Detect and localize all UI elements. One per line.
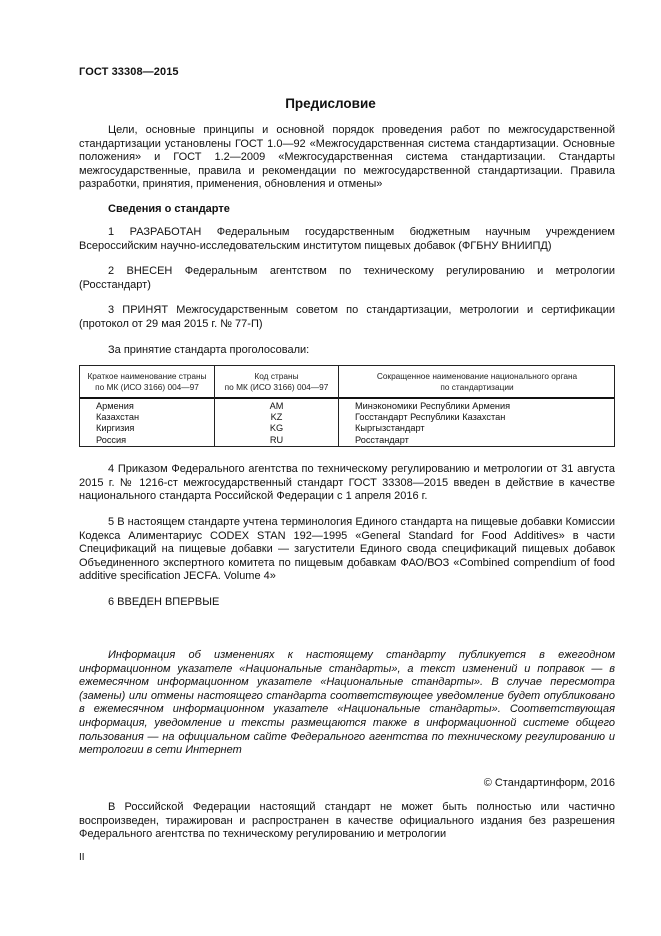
item-1: 1 РАЗРАБОТАН Федеральным государственным… <box>79 226 615 253</box>
table-cell: Росстандарт <box>355 435 510 446</box>
table-cell: KG <box>215 423 338 434</box>
header-code: Код страны по МК (ИСО 3166) 004—97 <box>215 371 338 393</box>
item-6: 6 ВВЕДЕН ВПЕРВЫЕ <box>79 596 615 610</box>
table-body: Армения Казахстан Киргизия Россия AM KZ … <box>80 399 614 446</box>
reproduction-notice: В Российской Федерации настоящий стандар… <box>79 801 615 842</box>
table-cell: AM <box>215 401 338 412</box>
document-code: ГОСТ 33308—2015 <box>79 66 179 78</box>
table-cell: Казахстан <box>96 412 139 423</box>
table-header: Краткое наименование страны по МК (ИСО 3… <box>80 366 614 399</box>
voted-label: За принятие стандарта проголосовали: <box>79 344 615 358</box>
page-title: Предисловие <box>0 96 661 111</box>
item-2: 2 ВНЕСЕН Федеральным агентством по техни… <box>79 265 615 292</box>
table-cell: RU <box>215 435 338 446</box>
item-4: 4 Приказом Федерального агентства по тех… <box>79 463 615 504</box>
table-cell: Армения <box>96 401 139 412</box>
voting-table: Краткое наименование страны по МК (ИСО 3… <box>79 365 615 447</box>
code-column: AM KZ KG RU <box>215 401 338 446</box>
page-number: II <box>79 852 85 863</box>
table-cell: Россия <box>96 435 139 446</box>
document-page: ГОСТ 33308—2015 Предисловие Цели, основн… <box>0 0 661 936</box>
country-column: Армения Казахстан Киргизия Россия <box>96 401 139 446</box>
section-heading: Сведения о стандарте <box>79 203 615 217</box>
header-body: Сокращенное наименование национального о… <box>339 371 615 393</box>
item-3: 3 ПРИНЯТ Межгосударственным советом по с… <box>79 304 615 331</box>
body-column: Минэкономики Республики Армения Госстанд… <box>355 401 510 446</box>
table-cell: Госстандарт Республики Казахстан <box>355 412 510 423</box>
table-cell: Киргизия <box>96 423 139 434</box>
table-cell: Минэкономики Республики Армения <box>355 401 510 412</box>
item-5: 5 В настоящем стандарте учтена терминоло… <box>79 516 615 584</box>
copyright: © Стандартинформ, 2016 <box>79 777 615 791</box>
info-notice: Информация об изменениях к настоящему ст… <box>79 649 615 758</box>
header-country: Краткое наименование страны по МК (ИСО 3… <box>80 371 214 393</box>
table-cell: Кыргызстандарт <box>355 423 510 434</box>
intro-paragraph: Цели, основные принципы и основной поряд… <box>79 124 615 192</box>
table-cell: KZ <box>215 412 338 423</box>
